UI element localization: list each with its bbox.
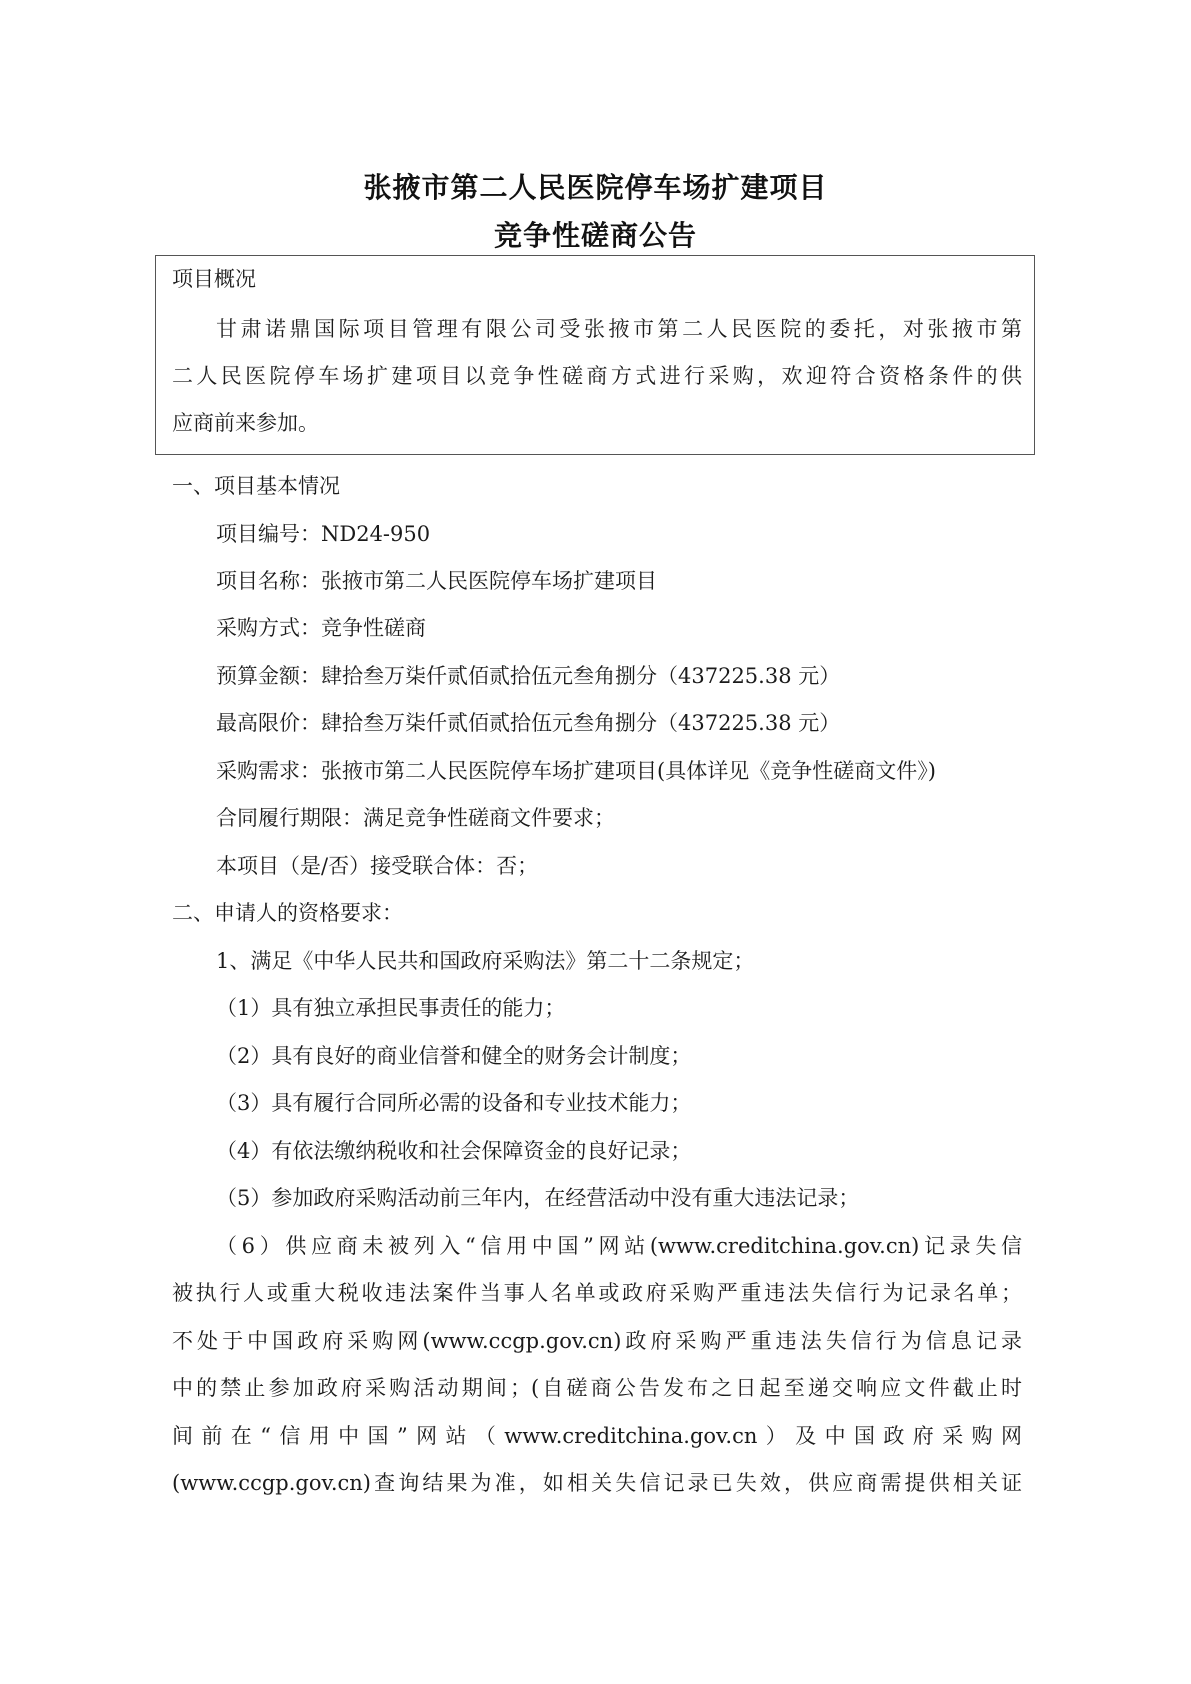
section2-item: （5）参加政府采购活动前三年内，在经营活动中没有重大违法记录； xyxy=(216,1184,859,1212)
section1-item: 最高限价：肆拾叁万柒仟贰佰贰拾伍元叁角捌分（437225.38 元） xyxy=(216,709,840,737)
document-title: 张掖市第二人民医院停车场扩建项目 xyxy=(0,166,1191,206)
section1-item: 采购需求：张掖市第二人民医院停车场扩建项目(具体详见《竞争性磋商文件》) xyxy=(216,757,936,785)
section2-continuation: 被执行人或重大税收违法案件当事人名单或政府采购严重违法失信行为记录名单； xyxy=(172,1279,1022,1307)
section2-continuation: 间前在“信用中国”网站（www.creditchina.gov.cn）及中国政府… xyxy=(172,1422,1022,1450)
section1-item: 项目名称：张掖市第二人民医院停车场扩建项目 xyxy=(216,567,657,595)
section2-continuation: (www.ccgp.gov.cn)查询结果为准，如相关失信记录已失效，供应商需提… xyxy=(172,1469,1022,1497)
overview-line: 甘肃诺鼎国际项目管理有限公司受张掖市第二人民医院的委托，对张掖市第 xyxy=(172,315,1022,343)
section2-item: （3）具有履行合同所必需的设备和专业技术能力； xyxy=(216,1089,691,1117)
section2-item: （4）有依法缴纳税收和社会保障资金的良好记录； xyxy=(216,1137,691,1165)
section1-item: 本项目（是/否）接受联合体：否； xyxy=(216,852,538,880)
section1-item: 项目编号：ND24-950 xyxy=(216,520,430,548)
section2-item: （1）具有独立承担民事责任的能力； xyxy=(216,994,565,1022)
section2-item: （2）具有良好的商业信誉和健全的财务会计制度； xyxy=(216,1042,691,1070)
section2-item: （6）供应商未被列入“信用中国”网站(www.creditchina.gov.c… xyxy=(216,1232,1022,1260)
overview-line: 二人民医院停车场扩建项目以竞争性磋商方式进行采购，欢迎符合资格条件的供 xyxy=(172,362,1022,390)
section2-continuation: 不处于中国政府采购网(www.ccgp.gov.cn)政府采购严重违法失信行为信… xyxy=(172,1327,1022,1355)
section1-heading: 一、项目基本情况 xyxy=(172,472,340,500)
section1-item: 合同履行期限：满足竞争性磋商文件要求； xyxy=(216,804,615,832)
section2-heading: 二、申请人的资格要求： xyxy=(172,899,403,927)
section1-item: 采购方式：竞争性磋商 xyxy=(216,614,426,642)
section2-item: 1、满足《中华人民共和国政府采购法》第二十二条规定； xyxy=(216,947,754,975)
section1-item: 预算金额：肆拾叁万柒仟贰佰贰拾伍元叁角捌分（437225.38 元） xyxy=(216,662,840,690)
overview-line: 应商前来参加。 xyxy=(172,409,319,437)
overview-heading: 项目概况 xyxy=(172,265,256,293)
document-subtitle: 竞争性磋商公告 xyxy=(0,214,1191,254)
section2-continuation: 中的禁止参加政府采购活动期间；(自磋商公告发布之日起至递交响应文件截止时 xyxy=(172,1374,1022,1402)
